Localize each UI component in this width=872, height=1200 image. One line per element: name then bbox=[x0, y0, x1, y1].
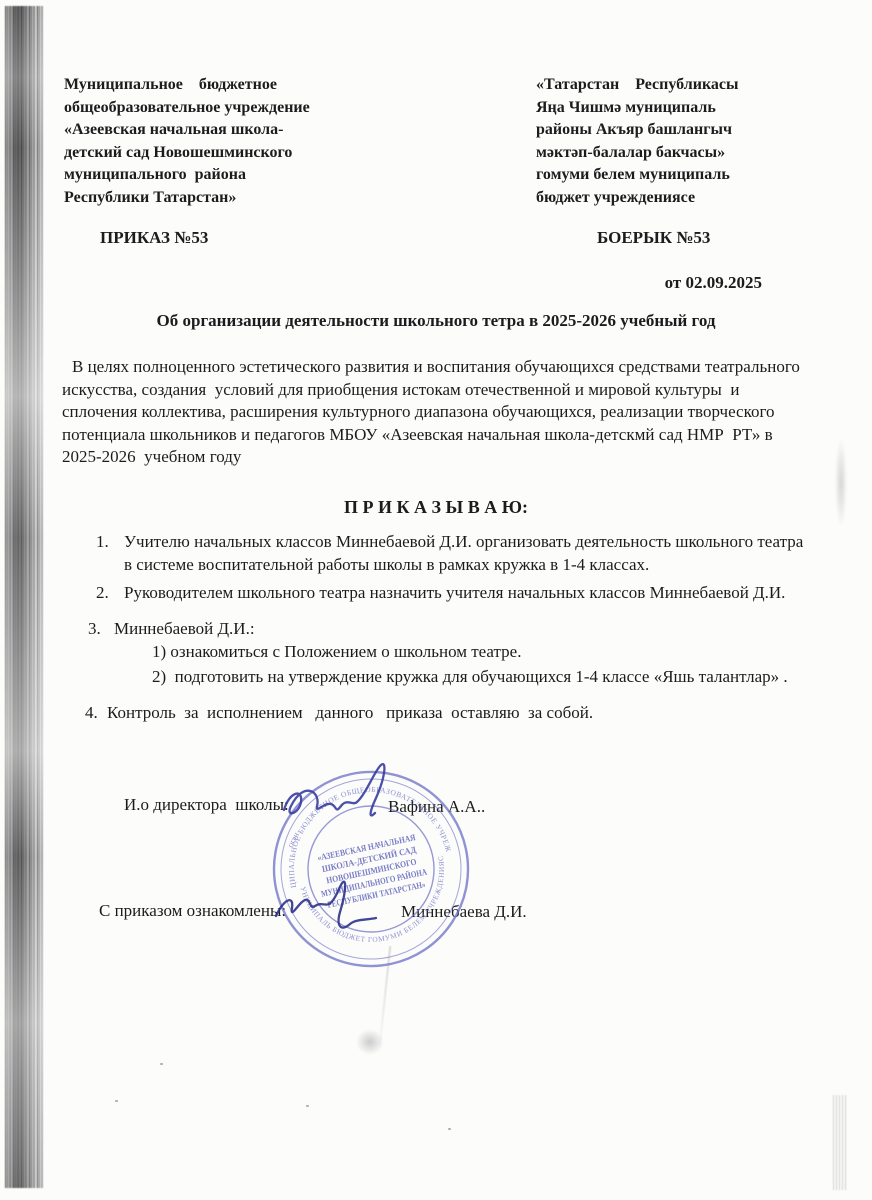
item-text: Руководителем школьного театра назначить… bbox=[124, 582, 785, 605]
order-item-3: 3. Миннебаевой Д.И.: bbox=[88, 618, 788, 641]
order-date: от 02.09.2025 bbox=[540, 273, 762, 293]
item-text: Миннебаевой Д.И.: bbox=[114, 618, 255, 641]
org-line: мәктәп-балалар бакчасы» bbox=[536, 142, 826, 165]
scanner-edge-artifact bbox=[5, 6, 43, 1188]
director-signature-label: И.о директора школы: bbox=[124, 795, 289, 815]
org-line: «Азеевская начальная школа- bbox=[64, 119, 374, 142]
item-number: 4. bbox=[85, 702, 107, 725]
resolve-heading: П Р И К А З Ы В А Ю: bbox=[40, 497, 832, 518]
order-item-4: 4. Контроль за исполнением данного прика… bbox=[85, 702, 805, 725]
org-line: Республики Татарстан» bbox=[64, 187, 374, 210]
scanner-smudge-artifact bbox=[835, 438, 847, 528]
item-number: 3. bbox=[88, 618, 114, 641]
order-number-tatar: БОЕРЫК №53 bbox=[597, 228, 710, 248]
org-line: общеобразовательное учреждение bbox=[64, 97, 374, 120]
org-line: Муниципальное бюджетное bbox=[64, 74, 374, 97]
scanner-streak-artifact bbox=[833, 1095, 847, 1190]
org-line: районы Акъяр башлангыч bbox=[536, 119, 826, 142]
acknowledged-handwritten-signature bbox=[270, 874, 400, 938]
scan-speck bbox=[115, 1100, 118, 1102]
order-item-2: 2. Руководителем школьного театра назнач… bbox=[96, 582, 814, 605]
scan-speck bbox=[160, 1063, 163, 1065]
org-line: «Татарстан Республикасы bbox=[536, 74, 826, 97]
org-line: бюджет учреждениясе bbox=[536, 187, 826, 210]
scanned-order-document: Муниципальное бюджетное общеобразователь… bbox=[0, 0, 872, 1200]
item-number: 2. bbox=[96, 582, 124, 605]
order-item-3-sub-2: 2) подготовить на утверждение кружка для… bbox=[152, 666, 792, 689]
order-item-3-sub-1: 1) ознакомиться с Положением о школьном … bbox=[152, 641, 792, 664]
scan-speck bbox=[306, 1105, 309, 1107]
org-line: гомуми белем муниципаль bbox=[536, 164, 826, 187]
org-line: Яңа Чишмә муниципаль bbox=[536, 97, 826, 120]
org-line: муниципального района bbox=[64, 164, 374, 187]
acknowledged-label: С приказом ознакомлены: bbox=[99, 901, 286, 921]
org-name-tatar: «Татарстан Республикасы Яңа Чишмә муници… bbox=[536, 74, 826, 210]
order-number-russian: ПРИКАЗ №53 bbox=[100, 228, 208, 248]
director-handwritten-signature bbox=[276, 758, 406, 834]
scan-speck bbox=[448, 1128, 451, 1130]
item-text: Контроль за исполнением данного приказа … bbox=[107, 702, 593, 725]
order-title: Об организации деятельности школьного те… bbox=[40, 311, 832, 331]
item-text: Учителю начальных классов Миннебаевой Д.… bbox=[124, 531, 814, 576]
org-line: детский сад Новошешминского bbox=[64, 142, 374, 165]
item-number: 1. bbox=[96, 531, 124, 576]
preamble-paragraph: В целях полноценного эстетического разви… bbox=[62, 356, 814, 469]
org-name-russian: Муниципальное бюджетное общеобразователь… bbox=[64, 74, 374, 210]
order-item-1: 1. Учителю начальных классов Миннебаевой… bbox=[96, 531, 814, 576]
